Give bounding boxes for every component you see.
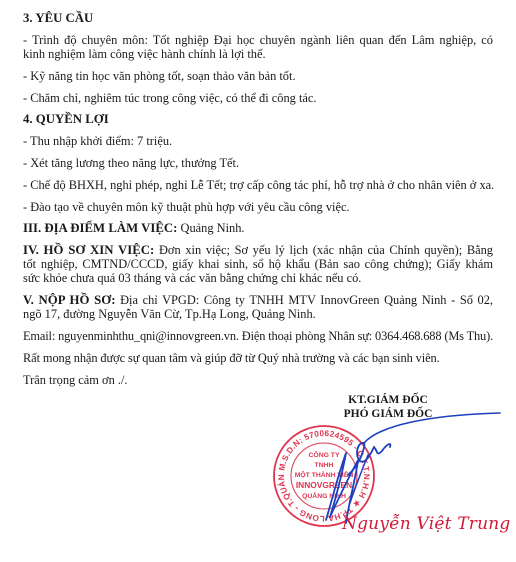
signer-name: Nguyễn Việt Trung (342, 514, 510, 534)
signer-title-1: KT.GIÁM ĐỐC (318, 394, 458, 407)
signer-title-2: PHÓ GIÁM ĐỐC (318, 408, 458, 421)
email-label: Email: (23, 329, 58, 343)
email-address[interactable]: nguyenminhthu_qni@innovgreen.vn (58, 329, 236, 343)
submission-label: V. NỘP HỒ SƠ: (23, 293, 115, 307)
work-location: III. ĐỊA ĐIỂM LÀM VIỆC: Quảng Ninh. (23, 221, 245, 235)
svg-text:MỘT THÀNH VIÊN: MỘT THÀNH VIÊN (295, 470, 354, 479)
benefit-item: - Đào tạo về chuyên môn kỹ thuật phù hợp… (23, 200, 350, 214)
svg-text:QUẢNG NINH: QUẢNG NINH (302, 491, 346, 500)
svg-text:CÔNG TY: CÔNG TY (309, 450, 340, 459)
benefit-item: - Thu nhập khởi điểm: 7 triệu. (23, 134, 172, 148)
company-stamp-icon: M.S.D.N: 5700624595 - C.T.T.N.H.H ★ TP.H… (272, 424, 376, 528)
closing-thanks: Trân trọng cảm ơn ./. (23, 373, 128, 387)
contact-line: Email: nguyenminhthu_qni@innovgreen.vn. … (23, 329, 493, 343)
requirement-qualification-line1: - Trình độ chuyên môn: Tốt nghiệp Đại họ… (23, 33, 493, 47)
closing-hope: Rất mong nhận được sự quan tâm và giúp đ… (23, 351, 440, 365)
section-4-heading: 4. QUYỀN LỢI (23, 112, 109, 126)
benefit-item: - Chế độ BHXH, nghỉ phép, nghỉ Lễ Tết; t… (23, 178, 494, 192)
requirement-it-skills: - Kỹ năng tin học văn phòng tốt, soạn th… (23, 69, 296, 83)
submission-address-line2: ngõ 17, đường Nguyễn Văn Cừ, Tp.Hạ Long,… (23, 307, 316, 321)
svg-text:INNOVGREEN: INNOVGREEN (296, 480, 352, 490)
svg-text:M.S.D.N: 5700624595 - C.T.T.N.: M.S.D.N: 5700624595 - C.T.T.N.H.H ★ TP.H… (272, 424, 371, 523)
handwritten-signature-icon (320, 405, 516, 545)
requirement-diligence: - Chăm chỉ, nghiêm túc trong công việc, … (23, 91, 317, 105)
application-documents-line2: tốt nghiệp, CMTND/CCCD, giấy khai sinh, … (23, 257, 493, 271)
phone-text: . Điện thoại phòng Nhân sự: 0364.468.688… (236, 329, 493, 343)
application-documents-line3: sức khỏe chưa quá 03 tháng và các văn bằ… (23, 271, 361, 285)
application-documents-text: Đơn xin việc; Sơ yếu lý lịch (xác nhận c… (154, 243, 493, 257)
work-location-label: III. ĐỊA ĐIỂM LÀM VIỆC: (23, 221, 177, 235)
benefit-item: - Xét tăng lương theo năng lực, thưởng T… (23, 156, 239, 170)
requirement-qualification-line2: kinh nghiệm làm công việc hành chính là … (23, 47, 266, 61)
work-location-value: Quảng Ninh. (177, 221, 244, 235)
application-documents-line1: IV. HỒ SƠ XIN VIỆC: Đơn xin việc; Sơ yếu… (23, 243, 493, 257)
section-3-heading: 3. YÊU CẦU (23, 11, 93, 25)
submission-address-line1: V. NỘP HỒ SƠ: Địa chỉ VPGD: Công ty TNHH… (23, 293, 493, 307)
submission-address-text: Địa chỉ VPGD: Công ty TNHH MTV InnovGree… (115, 293, 493, 307)
svg-text:TNHH: TNHH (315, 462, 334, 469)
application-documents-label: IV. HỒ SƠ XIN VIỆC: (23, 243, 154, 257)
